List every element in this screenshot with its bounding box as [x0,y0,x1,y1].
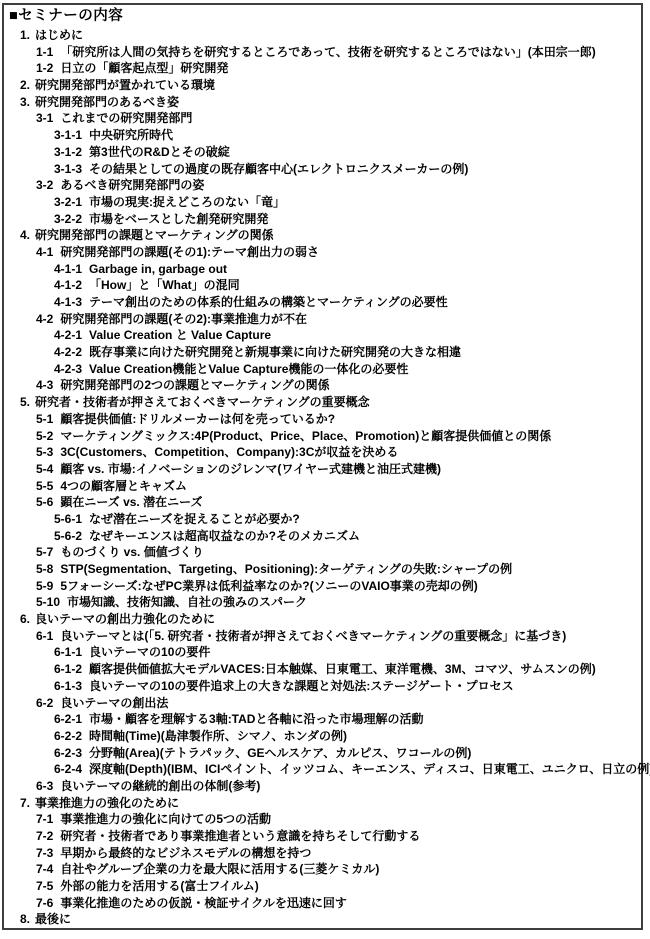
outline-item-text: なぜキーエンスは超高収益なのか?そのメカニズム [89,529,360,543]
outline-item: 4-2研究開発部門の課題(その2):事業推進力が不在 [4,311,641,328]
outline-item-text: 顧客 vs. 市場:イノベーションのジレンマ(ワイヤー式建機と油圧式建機) [60,462,441,476]
outline-item-text: なぜ潜在ニーズを捉えることが必要か? [89,512,300,526]
outline-item: 1-1「研究所は人間の気持ちを研究するところであって、技術を研究するところではな… [4,44,641,61]
outline-item-number: 6-2-2 [54,729,82,743]
outline-item-text: 外部の能力を活用する(富士フイルム) [60,879,258,893]
outline-item-number: 1-2 [36,61,53,75]
outline-item-text: 中央研究所時代 [89,128,173,142]
outline-item: 5-6-1なぜ潜在ニーズを捉えることが必要か? [4,511,641,528]
outline-item-number: 3-1-2 [54,145,82,159]
outline-item-text: 市場知識、技術知識、自社の強みのスパーク [67,595,307,609]
outline-item: 6-1-1良いテーマの10の要件 [4,644,641,661]
outline-item-number: 5-7 [36,545,53,559]
outline-item-text: Garbage in, garbage out [89,262,227,276]
outline-item-text: Value Creation と Value Capture [89,328,271,342]
outline-item-number: 4-1-3 [54,295,82,309]
outline-item: 6-2-1市場・顧客を理解する3軸:TADと各軸に沿った市場理解の活動 [4,711,641,728]
outline-item: 6-2良いテーマの創出法 [4,695,641,712]
outline-item-text: 研究開発部門のあるべき姿 [35,95,179,109]
outline-item: 1-2日立の「顧客起点型」研究開発 [4,60,641,77]
seminar-outline-list: 1.はじめに1-1「研究所は人間の気持ちを研究するところであって、技術を研究する… [4,27,641,928]
outline-item-number: 3-2 [36,178,53,192]
outline-item: 4.研究開発部門の課題とマーケティングの関係 [4,227,641,244]
outline-item-number: 4-2-3 [54,362,82,376]
outline-item: 6-2-3分野軸(Area)(テトラパック、GEヘルスケア、カルピス、ワコールの… [4,745,641,762]
outline-item-text: 良いテーマとは(「5. 研究者・技術者が押さえておくべきマーケティングの重要概念… [60,629,566,643]
outline-item-number: 4-2-1 [54,328,82,342]
outline-item-text: 深度軸(Depth)(IBM、ICIペイント、イッツコム、キーエンス、ディスコ、… [89,762,650,776]
outline-item: 1.はじめに [4,27,641,44]
outline-item: 4-1研究開発部門の課題(その1):テーマ創出力の弱さ [4,244,641,261]
outline-item: 4-3研究開発部門の2つの課題とマーケティングの関係 [4,377,641,394]
outline-item: 7-3早期から最終的なビジネスモデルの構想を持つ [4,845,641,862]
outline-item-number: 6-3 [36,779,53,793]
outline-item-number: 3. [20,95,30,109]
outline-item-number: 3-1-1 [54,128,82,142]
outline-item: 5-95フォーシーズ:なぜPC業界は低利益率なのか?(ソニーのVAIO事業の売却… [4,578,641,595]
outline-item-number: 3-1-3 [54,162,82,176]
outline-item: 5-8STP(Segmentation、Targeting、Positionin… [4,561,641,578]
outline-item: 7-4自社やグループ企業の力を最大限に活用する(三菱ケミカル) [4,861,641,878]
outline-item: 5-1顧客提供価値:ドリルメーカーは何を売っているか? [4,411,641,428]
outline-item-text: テーマ創出のための体系的仕組みの構築とマーケティングの必要性 [89,295,448,309]
outline-item: 5-10市場知識、技術知識、自社の強みのスパーク [4,594,641,611]
outline-item-text: 研究開発部門が置かれている環境 [35,78,215,92]
outline-item-text: 良いテーマの10の要件追求上の大きな課題と対処法:ステージゲート・プロセス [89,679,514,693]
outline-item: 5-33C(Customers、Competition、Company):3Cが… [4,444,641,461]
outline-item-text: 研究開発部門の課題(その1):テーマ創出力の弱さ [60,245,319,259]
outline-item-text: 「How」と「What」の混同 [89,278,240,292]
outline-item-number: 5. [20,395,30,409]
outline-item: 4-1-3テーマ創出のための体系的仕組みの構築とマーケティングの必要性 [4,294,641,311]
outline-item: 3-2あるべき研究開発部門の姿 [4,177,641,194]
outline-item: 8.最後に [4,911,641,928]
outline-item: 5.研究者・技術者が押さえておくべきマーケティングの重要概念 [4,394,641,411]
outline-item-number: 5-9 [36,579,53,593]
outline-item-text: 研究者・技術者であり事業推進者という意識を持ちそして行動する [60,829,420,843]
outline-item-number: 7. [20,796,30,810]
outline-item-number: 5-1 [36,412,53,426]
outline-item-number: 5-8 [36,562,53,576]
outline-item-text: 顧客提供価値:ドリルメーカーは何を売っているか? [60,412,335,426]
outline-item-text: その結果としての過度の既存顧客中心(エレクトロニクスメーカーの例) [89,162,468,176]
outline-item-text: 良いテーマの10の要件 [89,645,210,659]
outline-item-text: 研究者・技術者が押さえておくべきマーケティングの重要概念 [35,395,370,409]
outline-item-text: これまでの研究開発部門 [60,111,192,125]
outline-item: 5-6顕在ニーズ vs. 潜在ニーズ [4,494,641,511]
outline-item-number: 5-5 [36,479,53,493]
outline-item-number: 7-1 [36,812,53,826]
outline-item-text: ものづくり vs. 価値づくり [60,545,203,559]
outline-item-number: 5-6 [36,495,53,509]
outline-item: 6-2-2時間軸(Time)(島津製作所、シマノ、ホンダの例) [4,728,641,745]
outline-item-number: 7-4 [36,862,53,876]
outline-item-text: 研究開発部門の課題とマーケティングの関係 [35,228,274,242]
outline-item-number: 5-2 [36,429,53,443]
outline-item-text: 研究開発部門の2つの課題とマーケティングの関係 [60,378,329,392]
outline-item-text: 事業化推進のための仮説・検証サイクルを迅速に回す [60,896,347,910]
outline-item-number: 5-10 [36,595,60,609]
outline-item: 6-1-3良いテーマの10の要件追求上の大きな課題と対処法:ステージゲート・プロ… [4,678,641,695]
outline-item-text: 良いテーマの創出力強化のために [35,612,215,626]
outline-item-text: 4つの顧客層とキャズム [60,479,187,493]
outline-item-number: 4-1 [36,245,53,259]
outline-item-number: 4-2 [36,312,53,326]
outline-item: 5-4顧客 vs. 市場:イノベーションのジレンマ(ワイヤー式建機と油圧式建機) [4,461,641,478]
outline-item-text: 分野軸(Area)(テトラパック、GEヘルスケア、カルピス、ワコールの例) [89,746,471,760]
outline-item-text: 第3世代のR&Dとその破綻 [89,145,230,159]
outline-item: 4-2-1Value Creation と Value Capture [4,327,641,344]
outline-item: 6-1良いテーマとは(「5. 研究者・技術者が押さえておくべきマーケティングの重… [4,628,641,645]
outline-item-text: 市場をベースとした創発研究開発 [89,212,268,226]
outline-item: 7-5外部の能力を活用する(富士フイルム) [4,878,641,895]
outline-item-text: 良いテーマの創出法 [60,696,168,710]
outline-item-number: 3-1 [36,111,53,125]
outline-item: 4-1-1Garbage in, garbage out [4,261,641,278]
outline-item-number: 6-1-3 [54,679,82,693]
outline-item-text: 顧客提供価値拡大モデルVACES:日本触媒、日東電工、東洋電機、3M、コマツ、サ… [89,662,596,676]
outline-item-number: 7-6 [36,896,53,910]
outline-item-number: 7-5 [36,879,53,893]
outline-item-number: 6-2 [36,696,53,710]
outline-item-text: はじめに [35,28,83,42]
outline-item-text: 3C(Customers、Competition、Company):3Cが収益を… [60,445,398,459]
outline-item: 4-2-2既存事業に向けた研究開発と新規事業に向けた研究開発の大きな相違 [4,344,641,361]
outline-item-number: 7-2 [36,829,53,843]
outline-item-text: 5フォーシーズ:なぜPC業界は低利益率なのか?(ソニーのVAIO事業の売却の例) [60,579,477,593]
outline-item-number: 4-1-1 [54,262,82,276]
outline-item-text: STP(Segmentation、Targeting、Positioning):… [60,562,512,576]
outline-item: 5-7ものづくり vs. 価値づくり [4,544,641,561]
outline-item-text: 時間軸(Time)(島津製作所、シマノ、ホンダの例) [89,729,347,743]
outline-item-text: 事業推進力の強化のために [35,796,179,810]
outline-item-text: 顕在ニーズ vs. 潜在ニーズ [60,495,202,509]
outline-item-text: 市場・顧客を理解する3軸:TADと各軸に沿った市場理解の活動 [89,712,423,726]
outline-item-number: 5-4 [36,462,53,476]
outline-item: 7-2研究者・技術者であり事業推進者という意識を持ちそして行動する [4,828,641,845]
outline-item-number: 3-2-1 [54,195,82,209]
outline-item: 3-1-2第3世代のR&Dとその破綻 [4,144,641,161]
outline-item-number: 6-1-1 [54,645,82,659]
outline-item: 7-6事業化推進のための仮説・検証サイクルを迅速に回す [4,895,641,912]
outline-item-text: 研究開発部門の課題(その2):事業推進力が不在 [60,312,307,326]
outline-item: 5-6-2なぜキーエンスは超高収益なのか?そのメカニズム [4,528,641,545]
outline-item: 6-2-4深度軸(Depth)(IBM、ICIペイント、イッツコム、キーエンス、… [4,761,641,778]
outline-item: 3-2-2市場をベースとした創発研究開発 [4,211,641,228]
outline-item-number: 6-2-4 [54,762,82,776]
outline-item-text: マーケティングミックス:4P(Product、Price、Place、Promo… [60,429,551,443]
outline-item-number: 5-6-2 [54,529,82,543]
outline-item-text: 「研究所は人間の気持ちを研究するところであって、技術を研究するところではない」(… [60,45,595,59]
outline-item-number: 5-3 [36,445,53,459]
outline-item-text: 早期から最終的なビジネスモデルの構想を持つ [60,846,311,860]
outline-item-text: 日立の「顧客起点型」研究開発 [60,61,228,75]
outline-item-number: 5-6-1 [54,512,82,526]
outline-item-number: 6-1-2 [54,662,82,676]
outline-item-text: 市場の現実:捉えどころのない「竜」 [89,195,285,209]
outline-item-text: あるべき研究開発部門の姿 [60,178,204,192]
document-page: ■セミナーの内容 1.はじめに1-1「研究所は人間の気持ちを研究するところであっ… [2,3,643,930]
outline-item: 6-3良いテーマの継続的創出の体制(参考) [4,778,641,795]
outline-item-text: Value Creation機能とValue Capture機能の一体化の必要性 [89,362,408,376]
outline-item-number: 7-3 [36,846,53,860]
outline-item: 6-1-2顧客提供価値拡大モデルVACES:日本触媒、日東電工、東洋電機、3M、… [4,661,641,678]
outline-item-number: 8. [20,912,30,926]
outline-item-text: 自社やグループ企業の力を最大限に活用する(三菱ケミカル) [60,862,379,876]
outline-item: 3.研究開発部門のあるべき姿 [4,94,641,111]
outline-item: 3-1-1中央研究所時代 [4,127,641,144]
outline-item-number: 6-2-1 [54,712,82,726]
outline-item: 4-2-3Value Creation機能とValue Capture機能の一体… [4,361,641,378]
outline-item-number: 4-1-2 [54,278,82,292]
outline-item: 7.事業推進力の強化のために [4,795,641,812]
page-title: ■セミナーの内容 [9,7,641,26]
outline-item-text: 既存事業に向けた研究開発と新規事業に向けた研究開発の大きな相違 [89,345,461,359]
outline-item: 5-2マーケティングミックス:4P(Product、Price、Place、Pr… [4,428,641,445]
outline-item-number: 4. [20,228,30,242]
outline-item-number: 6-1 [36,629,53,643]
outline-item-text: 事業推進力の強化に向けての5つの活動 [60,812,271,826]
outline-item-number: 4-2-2 [54,345,82,359]
outline-item: 5-54つの顧客層とキャズム [4,478,641,495]
outline-item-number: 2. [20,78,30,92]
outline-item-number: 1. [20,28,30,42]
outline-item: 7-1事業推進力の強化に向けての5つの活動 [4,811,641,828]
outline-item-number: 1-1 [36,45,53,59]
outline-item-number: 4-3 [36,378,53,392]
outline-item: 4-1-2「How」と「What」の混同 [4,277,641,294]
outline-item: 2.研究開発部門が置かれている環境 [4,77,641,94]
outline-item: 3-1-3その結果としての過度の既存顧客中心(エレクトロニクスメーカーの例) [4,161,641,178]
outline-item: 3-1これまでの研究開発部門 [4,110,641,127]
outline-item-text: 良いテーマの継続的創出の体制(参考) [60,779,260,793]
outline-item: 3-2-1市場の現実:捉えどころのない「竜」 [4,194,641,211]
outline-item-number: 6. [20,612,30,626]
outline-item-text: 最後に [35,912,71,926]
outline-item: 6.良いテーマの創出力強化のために [4,611,641,628]
outline-item-number: 3-2-2 [54,212,82,226]
outline-item-number: 6-2-3 [54,746,82,760]
